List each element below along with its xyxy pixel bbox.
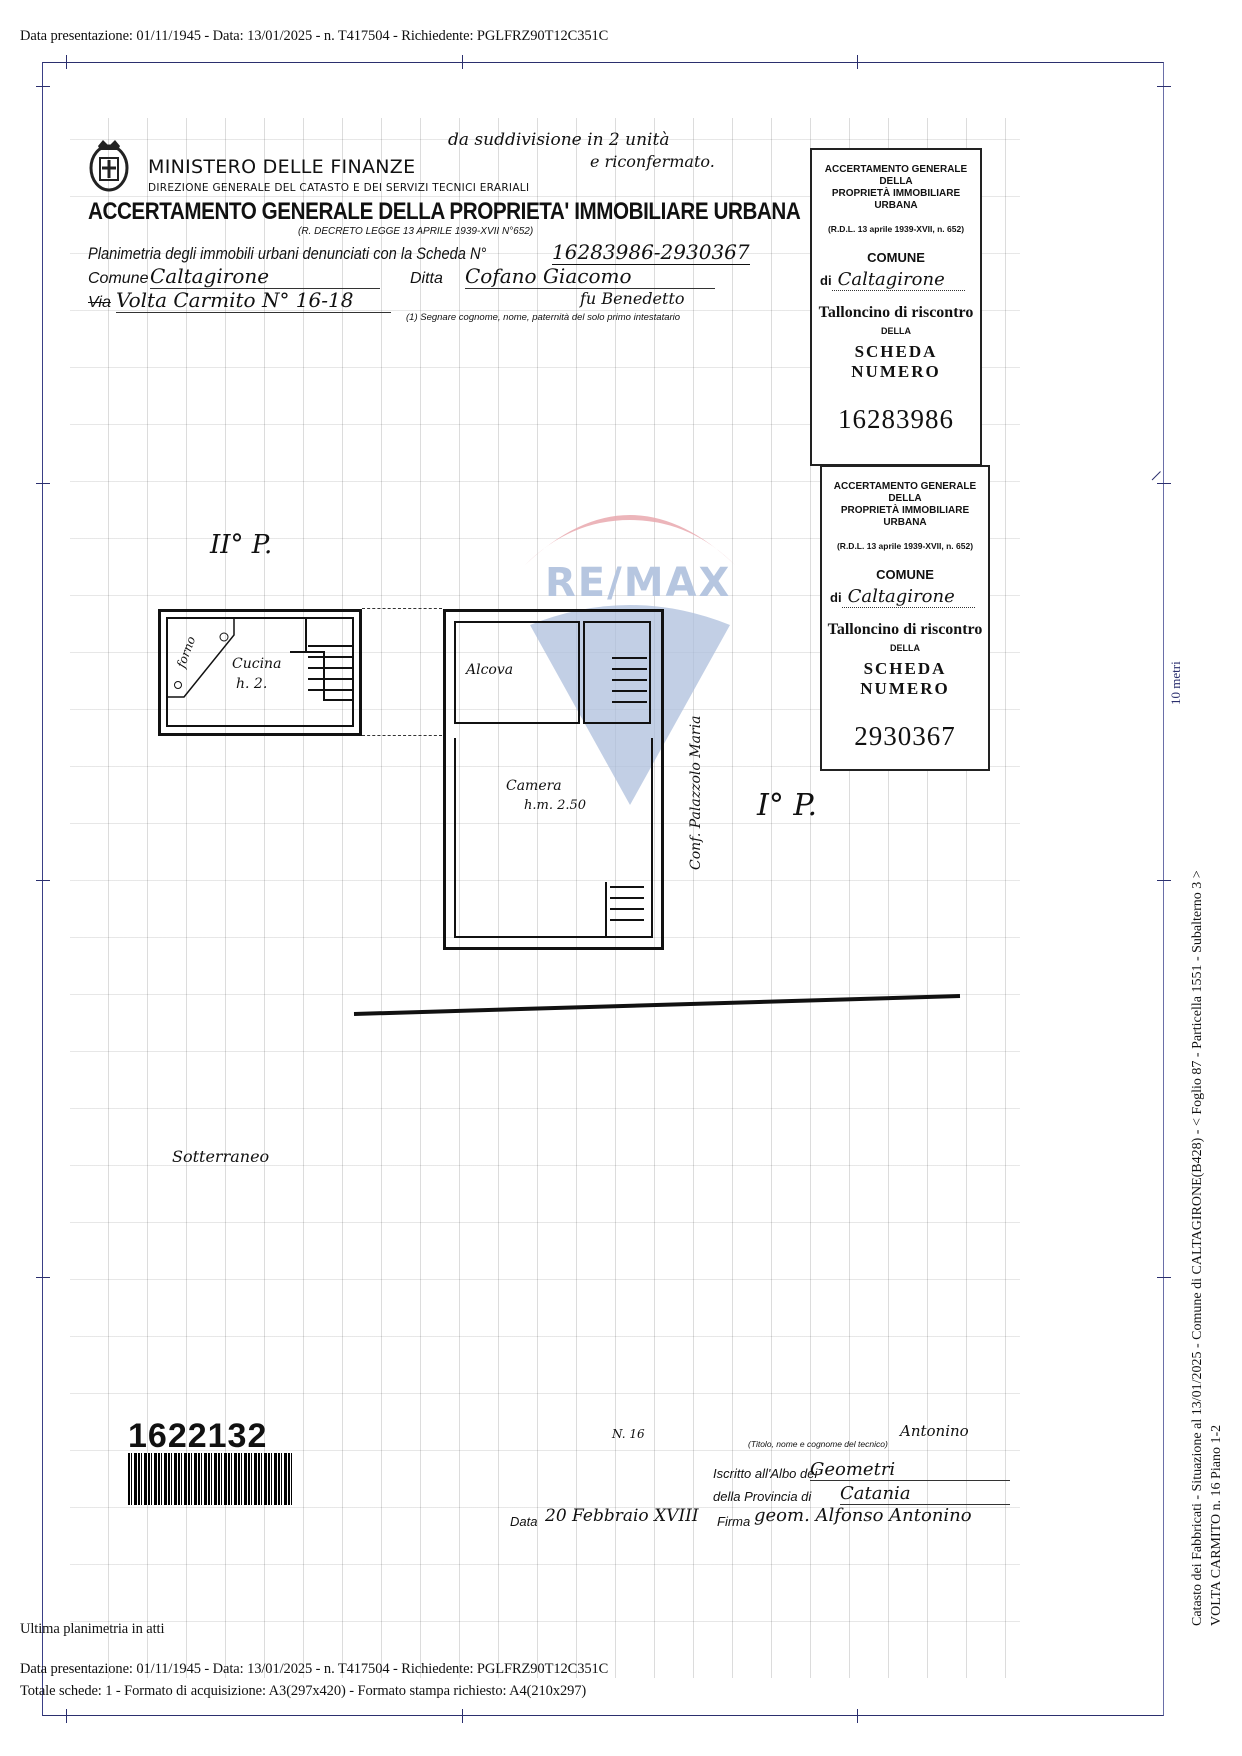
document-title: ACCERTAMENTO GENERALE DELLA PROPRIETA' I…	[88, 198, 800, 226]
paternita-value: fu Benedetto	[580, 289, 685, 308]
handwritten-note: e riconfermato.	[590, 152, 715, 171]
footer-info-1: Data presentazione: 01/11/1945 - Data: 1…	[20, 1661, 608, 1678]
footer-info-2: Totale schede: 1 - Formato di acquisizio…	[20, 1683, 586, 1700]
albo-value: Geometri	[810, 1459, 1010, 1481]
header-info: Data presentazione: 01/11/1945 - Data: 1…	[20, 28, 608, 45]
frame-tick	[1157, 1277, 1171, 1278]
cucina-label: Cucina	[232, 656, 281, 672]
barcode-icon	[128, 1453, 294, 1505]
via-label: Via	[88, 294, 111, 312]
confine-label: Conf. Palazzolo Maria	[688, 716, 704, 870]
floor-label-2: II° P.	[210, 530, 272, 560]
stamp-line: PROPRIETÀ IMMOBILIARE URBANA	[812, 188, 980, 212]
dashed-connector	[362, 735, 442, 736]
frame-tick	[36, 86, 50, 87]
stamp-talloncino-1: ACCERTAMENTO GENERALE DELLAPROPRIETÀ IMM…	[810, 148, 982, 466]
stamp-decree: (R.D.L. 13 aprile 1939-XVII, n. 652)	[822, 541, 988, 551]
stair-wall	[605, 882, 607, 937]
camera-label: Camera	[506, 778, 562, 794]
stamp-line: PROPRIETÀ IMMOBILIARE URBANA	[822, 505, 988, 529]
frame-tick	[1157, 86, 1171, 87]
firma-label: Firma	[717, 1514, 750, 1529]
numero-label: N. 16	[612, 1427, 645, 1441]
last-plan-note: Ultima planimetria in atti	[20, 1621, 164, 1638]
handwritten-note: da suddivisione in 2 unità	[448, 130, 669, 150]
scale-label: 10 metri	[1168, 661, 1184, 705]
stamp-line: ACCERTAMENTO GENERALE DELLA	[812, 164, 980, 188]
frame-tick	[66, 55, 67, 69]
remax-watermark-text: RE/MAX	[545, 560, 731, 606]
stairs-icon	[610, 886, 644, 930]
frame-tick	[857, 1709, 858, 1723]
comune-label: Comune	[88, 270, 148, 288]
cadastre-info: Catasto dei Fabbricati - Situazione al 1…	[1190, 870, 1206, 1626]
stamp-di-label: di	[830, 590, 842, 605]
decree-reference: (R. DECRETO LEGGE 13 APRILE 1939-XVII N°…	[298, 226, 533, 237]
provincia-label: della Provincia di	[713, 1489, 811, 1504]
frame-tick	[1157, 880, 1171, 881]
ditta-value: Cofano Giacomo	[465, 264, 715, 289]
direction-title: DIREZIONE GENERALE DEL CATASTO E DEI SER…	[148, 182, 529, 194]
frame-tick	[36, 1277, 50, 1278]
floor-label-1: I° P.	[757, 788, 817, 823]
stamp-line: ACCERTAMENTO GENERALE DELLA	[822, 481, 988, 505]
provincia-value: Catania	[840, 1483, 1010, 1505]
ministry-title: MINISTERO DELLE FINANZE	[148, 156, 415, 178]
stamp-decree: (R.D.L. 13 aprile 1939-XVII, n. 652)	[812, 224, 980, 234]
data-value: 20 Febbraio XVIII	[545, 1506, 699, 1526]
coat-of-arms-icon	[88, 138, 130, 194]
stamp-di-label: di	[820, 273, 832, 288]
stamp-talloncino: Talloncino di riscontro	[812, 304, 980, 322]
camera-height: h.m. 2.50	[524, 798, 586, 813]
alcova-label: Alcova	[466, 662, 513, 678]
scheda-number: 16283986-2930367	[552, 240, 750, 265]
stamp-della: DELLA	[822, 643, 988, 653]
cucina-height: h. 2.	[236, 676, 267, 692]
stamp-della: DELLA	[812, 326, 980, 336]
stamp-number: 2930367	[822, 721, 988, 752]
data-label: Data	[510, 1514, 537, 1529]
stamp-talloncino-2: ACCERTAMENTO GENERALE DELLAPROPRIETÀ IMM…	[820, 465, 990, 771]
frame-tick	[462, 55, 463, 69]
frame-tick	[36, 880, 50, 881]
sotterraneo-label: Sotterraneo	[172, 1147, 269, 1166]
tecnico-value: Antonino	[900, 1422, 969, 1440]
planimetria-label: Planimetria degli immobili urbani denunc…	[88, 244, 486, 264]
footnote: (1) Segnare cognome, nome, paternità del…	[406, 312, 680, 323]
via-value: Volta Carmito N° 16-18	[116, 288, 391, 313]
stairs-icon	[612, 657, 647, 712]
stamp-comune: COMUNE	[822, 567, 988, 582]
albo-label: Iscritto all'Albo dei	[713, 1466, 817, 1481]
barcode-number: 1622132	[128, 1417, 267, 1456]
address-info: VOLTA CARMITO n. 16 Piano 1-2	[1209, 1425, 1225, 1626]
frame-tick	[36, 483, 50, 484]
frame-tick	[66, 1709, 67, 1723]
stamp-scheda: SCHEDA NUMERO	[822, 659, 988, 699]
firma-value: geom. Alfonso Antonino	[754, 1505, 972, 1526]
frame-tick	[462, 1709, 463, 1723]
dashed-connector	[362, 608, 442, 609]
stamp-di-value: Caltagirone	[842, 586, 975, 608]
stamp-di-value: Caltagirone	[832, 269, 965, 291]
section-line	[350, 990, 970, 1020]
comune-value: Caltagirone	[150, 264, 380, 289]
stamp-scheda: SCHEDA NUMERO	[812, 342, 980, 382]
frame-tick	[857, 55, 858, 69]
stamp-number: 16283986	[812, 404, 980, 435]
tecnico-label: (Titolo, nome e cognome del tecnico)	[748, 1439, 888, 1449]
stamp-talloncino: Talloncino di riscontro	[822, 621, 988, 639]
ditta-label: Ditta	[410, 270, 443, 288]
stamp-comune: COMUNE	[812, 250, 980, 265]
stairs-icon	[308, 645, 353, 700]
